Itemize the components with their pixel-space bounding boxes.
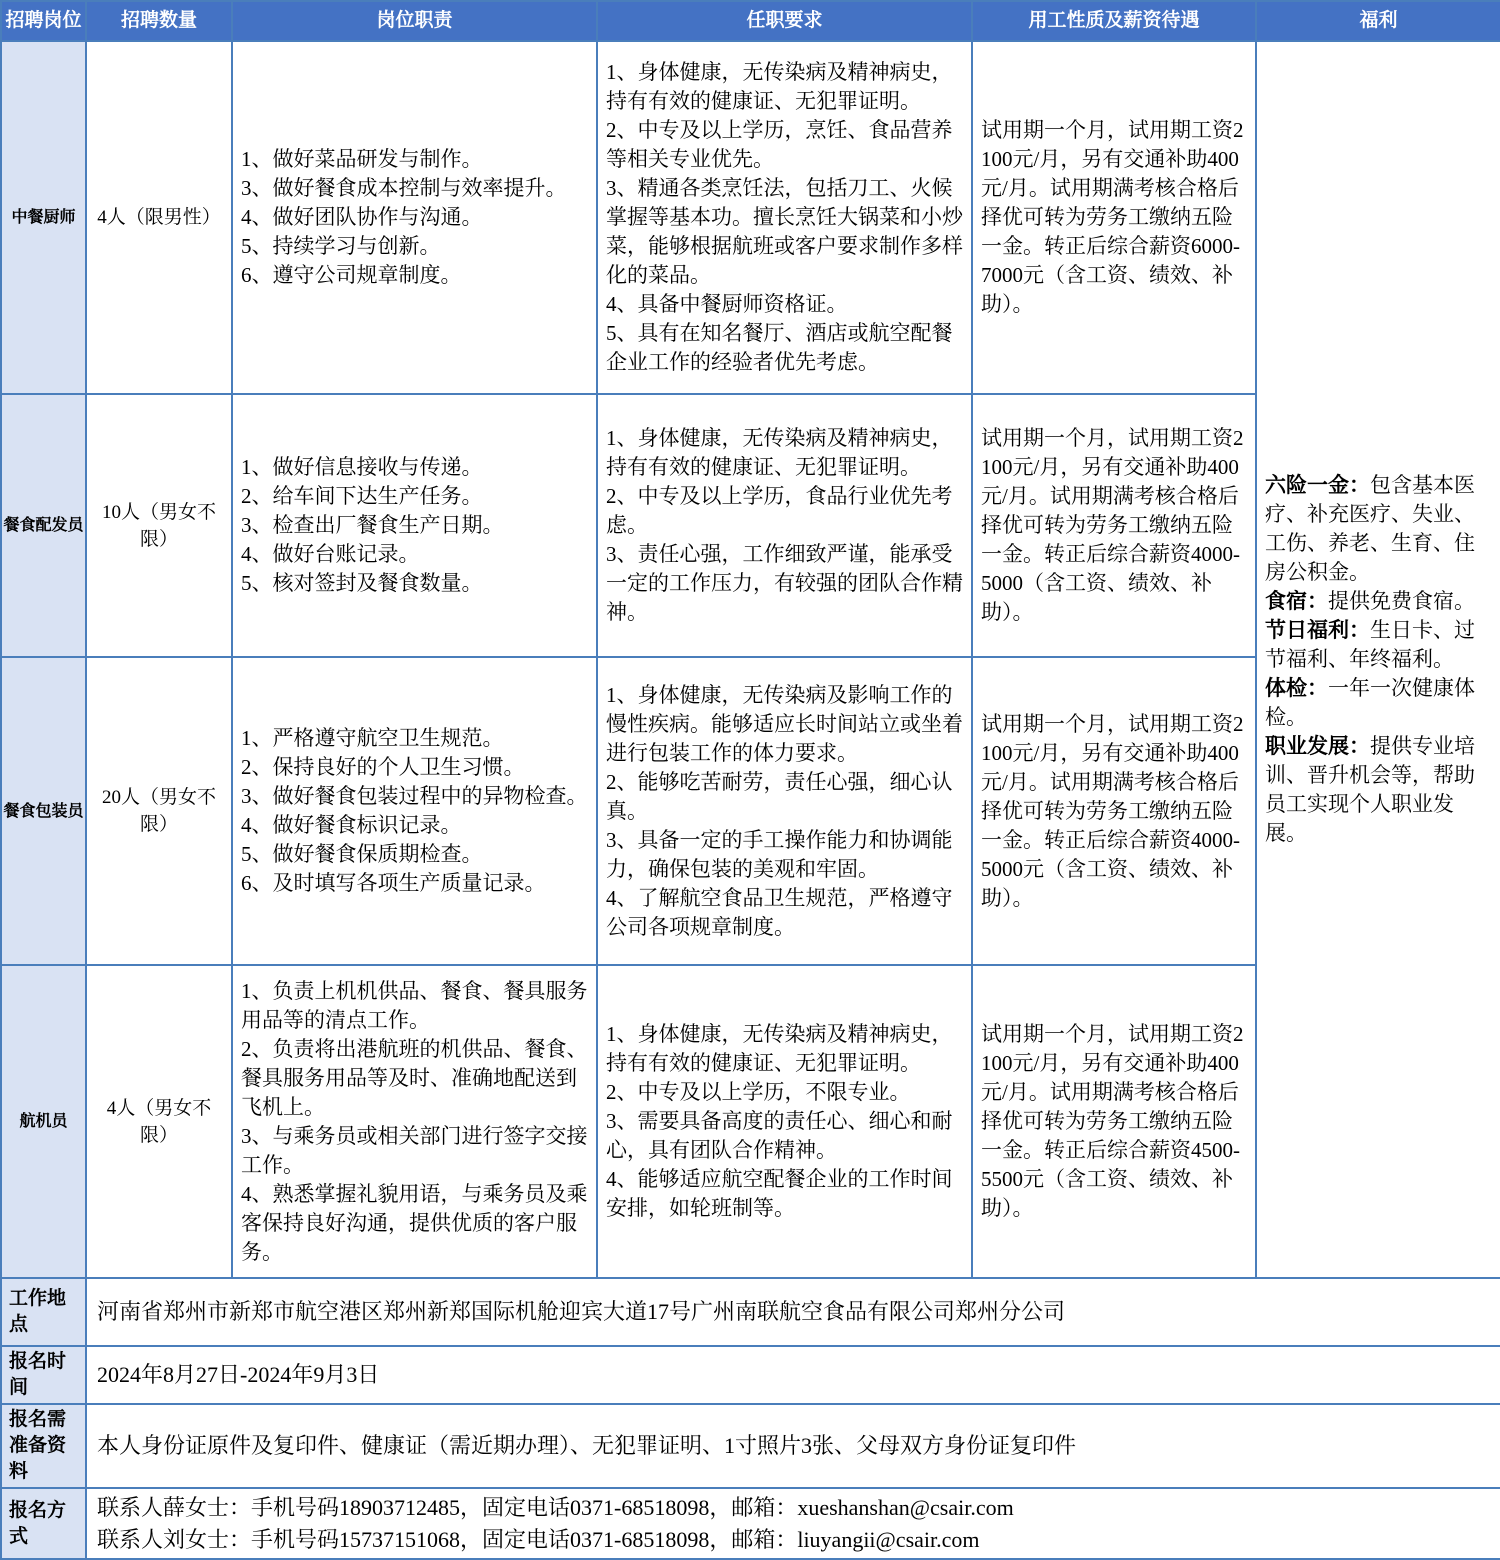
welfare-item-label: 职业发展： <box>1265 735 1370 758</box>
header-position: 招聘岗位 <box>1 1 86 41</box>
welfare-item-text: 提供免费食宿。 <box>1328 589 1475 613</box>
footer-content: 2024年8月27日-2024年9月3日 <box>86 1346 1500 1404</box>
footer-line: 本人身份证原件及复印件、健康证（需近期办理）、无犯罪证明、1寸照片3张、父母双方… <box>97 1430 1490 1462</box>
list-item: 2、中专及以上学历，烹饪、食品营养等相关专业优先。 <box>606 116 963 174</box>
footer-line: 河南省郑州市新郑市航空港区郑州新郑国际机舱迎宾大道17号广州南联航空食品有限公司… <box>97 1296 1490 1328</box>
welfare-item: 食宿：提供免费食宿。 <box>1265 587 1492 616</box>
job-title-cell: 航机员 <box>1 965 86 1278</box>
welfare-item: 六险一金：包含基本医疗、补充医疗、失业、工伤、养老、生育、住房公积金。 <box>1265 471 1492 587</box>
job-requirements-cell: 1、身体健康，无传染病及影响工作的慢性疾病。能够适应长时间站立或坐着进行包装工作… <box>597 657 972 965</box>
job-salary-cell: 试用期一个月，试用期工资2100元/月，另有交通补助400元/月。试用期满考核合… <box>972 394 1256 657</box>
welfare-item-label: 食宿： <box>1265 590 1328 613</box>
list-item: 2、负责将出港航班的机供品、餐食、餐具服务用品等及时、准确地配送到飞机上。 <box>241 1035 588 1122</box>
welfare-item: 体检：一年一次健康体检。 <box>1265 674 1492 732</box>
list-item: 4、了解航空食品卫生规范，严格遵守公司各项规章制度。 <box>606 884 963 942</box>
list-item: 3、与乘务员或相关部门进行签字交接工作。 <box>241 1122 588 1180</box>
header-duties: 岗位职责 <box>232 1 597 41</box>
job-requirements-cell: 1、身体健康，无传染病及精神病史，持有有效的健康证、无犯罪证明。2、中专及以上学… <box>597 41 972 394</box>
footer-label: 报名需准备资料 <box>1 1404 86 1488</box>
footer-label: 报名方式 <box>1 1488 86 1559</box>
header-salary: 用工性质及薪资待遇 <box>972 1 1256 41</box>
list-item: 5、核对签封及餐食数量。 <box>241 569 588 598</box>
list-item: 1、身体健康，无传染病及精神病史，持有有效的健康证、无犯罪证明。 <box>606 424 963 482</box>
list-item: 4、做好团队协作与沟通。 <box>241 203 588 232</box>
list-item: 2、中专及以上学历，食品行业优先考虑。 <box>606 482 963 540</box>
list-item: 3、责任心强，工作细致严谨，能承受一定的工作压力，有较强的团队合作精神。 <box>606 540 963 627</box>
footer-content: 本人身份证原件及复印件、健康证（需近期办理）、无犯罪证明、1寸照片3张、父母双方… <box>86 1404 1500 1488</box>
list-item: 3、检查出厂餐食生产日期。 <box>241 511 588 540</box>
list-item: 2、给车间下达生产任务。 <box>241 482 588 511</box>
footer-row-location: 工作地点 河南省郑州市新郑市航空港区郑州新郑国际机舱迎宾大道17号广州南联航空食… <box>1 1278 1500 1346</box>
list-item: 5、持续学习与创新。 <box>241 232 588 261</box>
job-duties-cell: 1、严格遵守航空卫生规范。2、保持良好的个人卫生习惯。3、做好餐食包装过程中的异… <box>232 657 597 965</box>
list-item: 2、能够吃苦耐劳，责任心强，细心认真。 <box>606 768 963 826</box>
footer-content: 联系人薛女士：手机号码18903712485，固定电话0371-68518098… <box>86 1488 1500 1559</box>
job-salary-cell: 试用期一个月，试用期工资2100元/月，另有交通补助400元/月。试用期满考核合… <box>972 41 1256 394</box>
job-requirements-cell: 1、身体健康，无传染病及精神病史，持有有效的健康证、无犯罪证明。2、中专及以上学… <box>597 394 972 657</box>
job-title-cell: 餐食包装员 <box>1 657 86 965</box>
list-item: 1、做好菜品研发与制作。 <box>241 145 588 174</box>
list-item: 1、身体健康，无传染病及影响工作的慢性疾病。能够适应长时间站立或坐着进行包装工作… <box>606 681 963 768</box>
list-item: 4、做好台账记录。 <box>241 540 588 569</box>
list-item: 4、能够适应航空配餐企业的工作时间安排，如轮班制等。 <box>606 1165 963 1223</box>
recruitment-table: 招聘岗位 招聘数量 岗位职责 任职要求 用工性质及薪资待遇 福利 中餐厨师 4人… <box>0 0 1500 1560</box>
welfare-cell: 六险一金：包含基本医疗、补充医疗、失业、工伤、养老、生育、住房公积金。 食宿：提… <box>1256 41 1500 1278</box>
footer-label: 工作地点 <box>1 1278 86 1346</box>
list-item: 1、负责上机机供品、餐食、餐具服务用品等的清点工作。 <box>241 977 588 1035</box>
job-requirements-cell: 1、身体健康，无传染病及精神病史，持有有效的健康证、无犯罪证明。2、中专及以上学… <box>597 965 972 1278</box>
list-item: 3、具备一定的手工操作能力和协调能力，确保包装的美观和牢固。 <box>606 826 963 884</box>
list-item: 5、具有在知名餐厅、酒店或航空配餐企业工作的经验者优先考虑。 <box>606 319 963 377</box>
footer-line: 联系人刘女士：手机号码15737151068，固定电话0371-68518098… <box>97 1524 1490 1556</box>
footer-line: 2024年8月27日-2024年9月3日 <box>97 1359 1490 1391</box>
list-item: 6、遵守公司规章制度。 <box>241 261 588 290</box>
job-count-cell: 4人（男女不限） <box>86 965 232 1278</box>
list-item: 6、及时填写各项生产质量记录。 <box>241 869 588 898</box>
header-count: 招聘数量 <box>86 1 232 41</box>
welfare-item-label: 节日福利： <box>1265 619 1370 642</box>
list-item: 4、具备中餐厨师资格证。 <box>606 290 963 319</box>
list-item: 3、精通各类烹饪法，包括刀工、火候掌握等基本功。擅长烹饪大锅菜和小炒菜，能够根据… <box>606 174 963 290</box>
footer-row-apply-time: 报名时间 2024年8月27日-2024年9月3日 <box>1 1346 1500 1404</box>
list-item: 1、身体健康，无传染病及精神病史，持有有效的健康证、无犯罪证明。 <box>606 58 963 116</box>
job-duties-cell: 1、做好菜品研发与制作。3、做好餐食成本控制与效率提升。4、做好团队协作与沟通。… <box>232 41 597 394</box>
job-title-cell: 餐食配发员 <box>1 394 86 657</box>
list-item: 3、需要具备高度的责任心、细心和耐心，具有团队合作精神。 <box>606 1107 963 1165</box>
list-item: 4、熟悉掌握礼貌用语，与乘务员及乘客保持良好沟通，提供优质的客户服务。 <box>241 1180 588 1267</box>
header-welfare: 福利 <box>1256 1 1500 41</box>
footer-row-apply-method: 报名方式 联系人薛女士：手机号码18903712485，固定电话0371-685… <box>1 1488 1500 1559</box>
job-salary-cell: 试用期一个月，试用期工资2100元/月，另有交通补助400元/月。试用期满考核合… <box>972 657 1256 965</box>
job-duties-cell: 1、负责上机机供品、餐食、餐具服务用品等的清点工作。2、负责将出港航班的机供品、… <box>232 965 597 1278</box>
list-item: 1、严格遵守航空卫生规范。 <box>241 724 588 753</box>
header-row: 招聘岗位 招聘数量 岗位职责 任职要求 用工性质及薪资待遇 福利 <box>1 1 1500 41</box>
table-row-chef: 中餐厨师 4人（限男性） 1、做好菜品研发与制作。3、做好餐食成本控制与效率提升… <box>1 41 1500 394</box>
welfare-item: 职业发展：提供专业培训、晋升机会等，帮助员工实现个人职业发展。 <box>1265 732 1492 848</box>
welfare-item-label: 体检： <box>1265 677 1328 700</box>
list-item: 1、做好信息接收与传递。 <box>241 453 588 482</box>
job-count-cell: 4人（限男性） <box>86 41 232 394</box>
footer-row-materials: 报名需准备资料 本人身份证原件及复印件、健康证（需近期办理）、无犯罪证明、1寸照… <box>1 1404 1500 1488</box>
footer-label: 报名时间 <box>1 1346 86 1404</box>
footer-content: 河南省郑州市新郑市航空港区郑州新郑国际机舱迎宾大道17号广州南联航空食品有限公司… <box>86 1278 1500 1346</box>
list-item: 3、做好餐食成本控制与效率提升。 <box>241 174 588 203</box>
job-salary-cell: 试用期一个月，试用期工资2100元/月，另有交通补助400元/月。试用期满考核合… <box>972 965 1256 1278</box>
footer-line: 联系人薛女士：手机号码18903712485，固定电话0371-68518098… <box>97 1492 1490 1524</box>
list-item: 5、做好餐食保质期检查。 <box>241 840 588 869</box>
list-item: 3、做好餐食包装过程中的异物检查。 <box>241 782 588 811</box>
welfare-item: 节日福利：生日卡、过节福利、年终福利。 <box>1265 616 1492 674</box>
job-count-cell: 20人（男女不限） <box>86 657 232 965</box>
job-duties-cell: 1、做好信息接收与传递。2、给车间下达生产任务。3、检查出厂餐食生产日期。4、做… <box>232 394 597 657</box>
header-requirements: 任职要求 <box>597 1 972 41</box>
list-item: 2、中专及以上学历，不限专业。 <box>606 1078 963 1107</box>
list-item: 4、做好餐食标识记录。 <box>241 811 588 840</box>
welfare-item-label: 六险一金： <box>1265 474 1370 497</box>
job-title-cell: 中餐厨师 <box>1 41 86 394</box>
list-item: 2、保持良好的个人卫生习惯。 <box>241 753 588 782</box>
list-item: 1、身体健康，无传染病及精神病史，持有有效的健康证、无犯罪证明。 <box>606 1020 963 1078</box>
job-count-cell: 10人（男女不限） <box>86 394 232 657</box>
